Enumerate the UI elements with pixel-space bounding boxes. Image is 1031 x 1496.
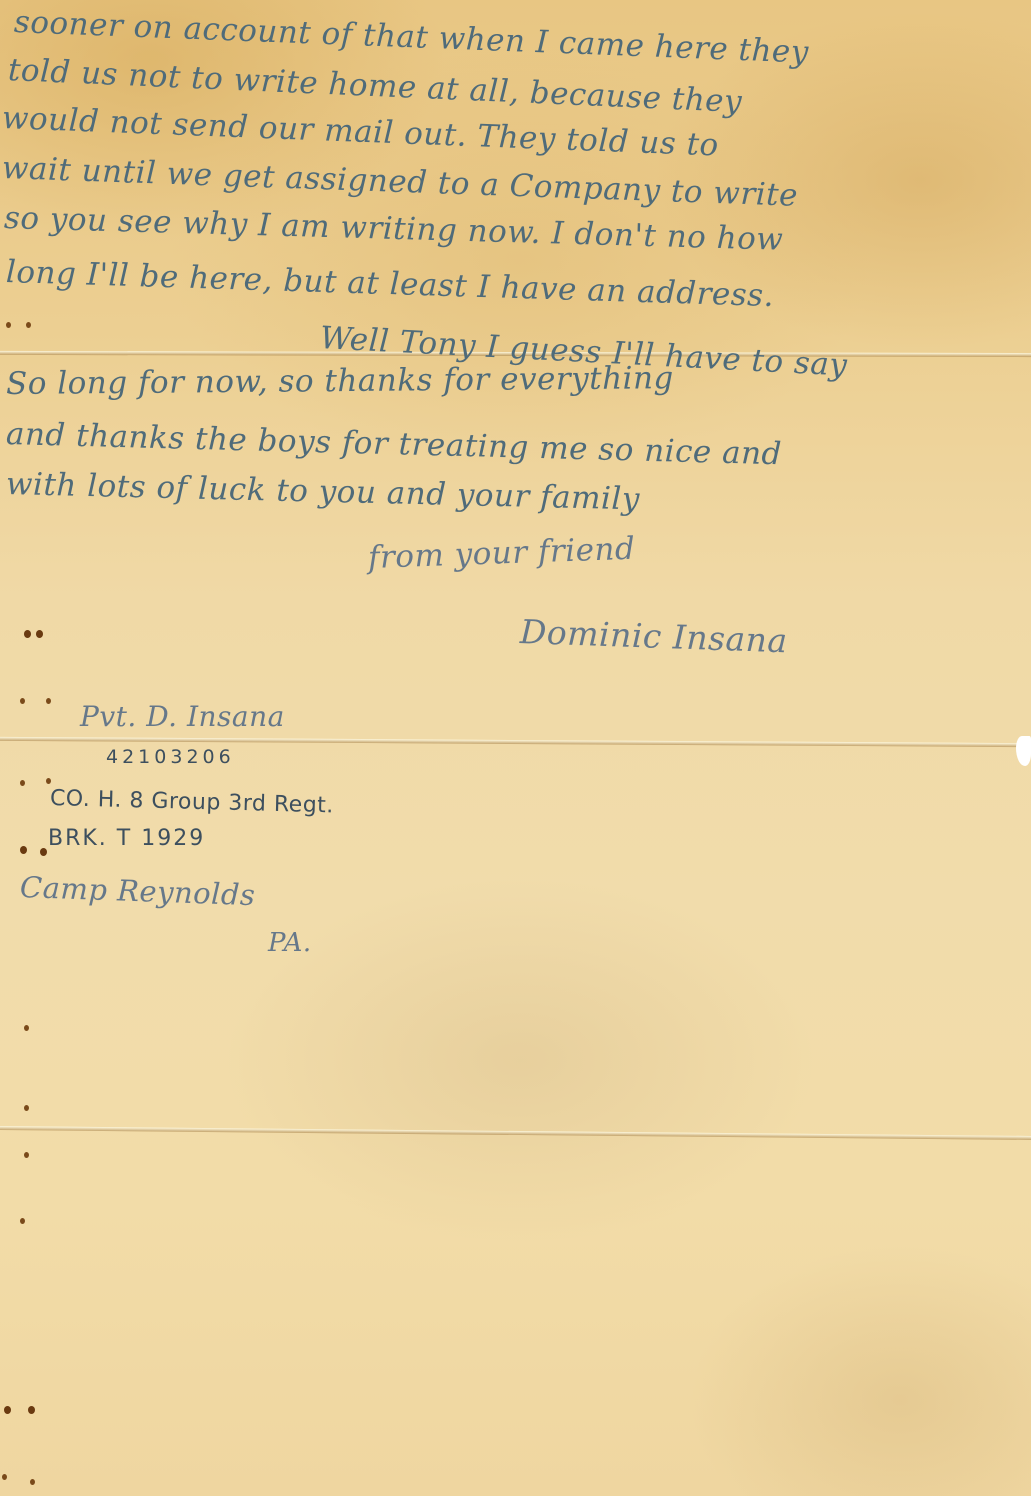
binder-hole <box>40 848 47 856</box>
binder-hole <box>24 630 31 638</box>
unit-address: CO. H. 8 Group 3rd Regt. <box>50 786 334 818</box>
binder-hole <box>20 780 25 786</box>
binder-hole <box>20 1218 25 1224</box>
state: PA. <box>268 928 312 958</box>
letter-line: long I'll be here, but at least I have a… <box>5 254 774 314</box>
binder-hole <box>30 1479 35 1485</box>
letter-closing: from your friend <box>367 531 635 576</box>
binder-hole <box>28 1406 35 1414</box>
binder-hole <box>20 846 27 854</box>
letter-line: So long for now, so thanks for everythin… <box>6 360 674 402</box>
binder-hole <box>24 1105 29 1111</box>
paper-tear <box>1016 736 1031 766</box>
binder-hole <box>24 1152 29 1158</box>
camp-name: Camp Reynolds <box>19 870 256 912</box>
binder-hole <box>26 322 31 328</box>
paper-fold-line <box>0 1126 1031 1140</box>
binder-hole <box>46 698 51 704</box>
letter-line: with lots of luck to you and your family <box>6 466 641 517</box>
binder-hole <box>2 1474 7 1480</box>
binder-hole <box>20 698 25 704</box>
binder-hole <box>36 630 43 638</box>
binder-hole <box>24 1025 29 1031</box>
letter-line: and thanks the boys for treating me so n… <box>6 416 783 472</box>
binder-hole <box>6 322 11 328</box>
binder-hole <box>46 778 51 784</box>
binder-hole <box>4 1406 11 1414</box>
signature: Dominic Insana <box>519 612 788 660</box>
barracks-address: BRK. T 1929 <box>48 826 205 851</box>
letter-page: sooner on account of that when I came he… <box>0 0 1031 1496</box>
serial-number: 42103206 <box>106 746 235 768</box>
return-name: Pvt. D. Insana <box>80 700 285 733</box>
